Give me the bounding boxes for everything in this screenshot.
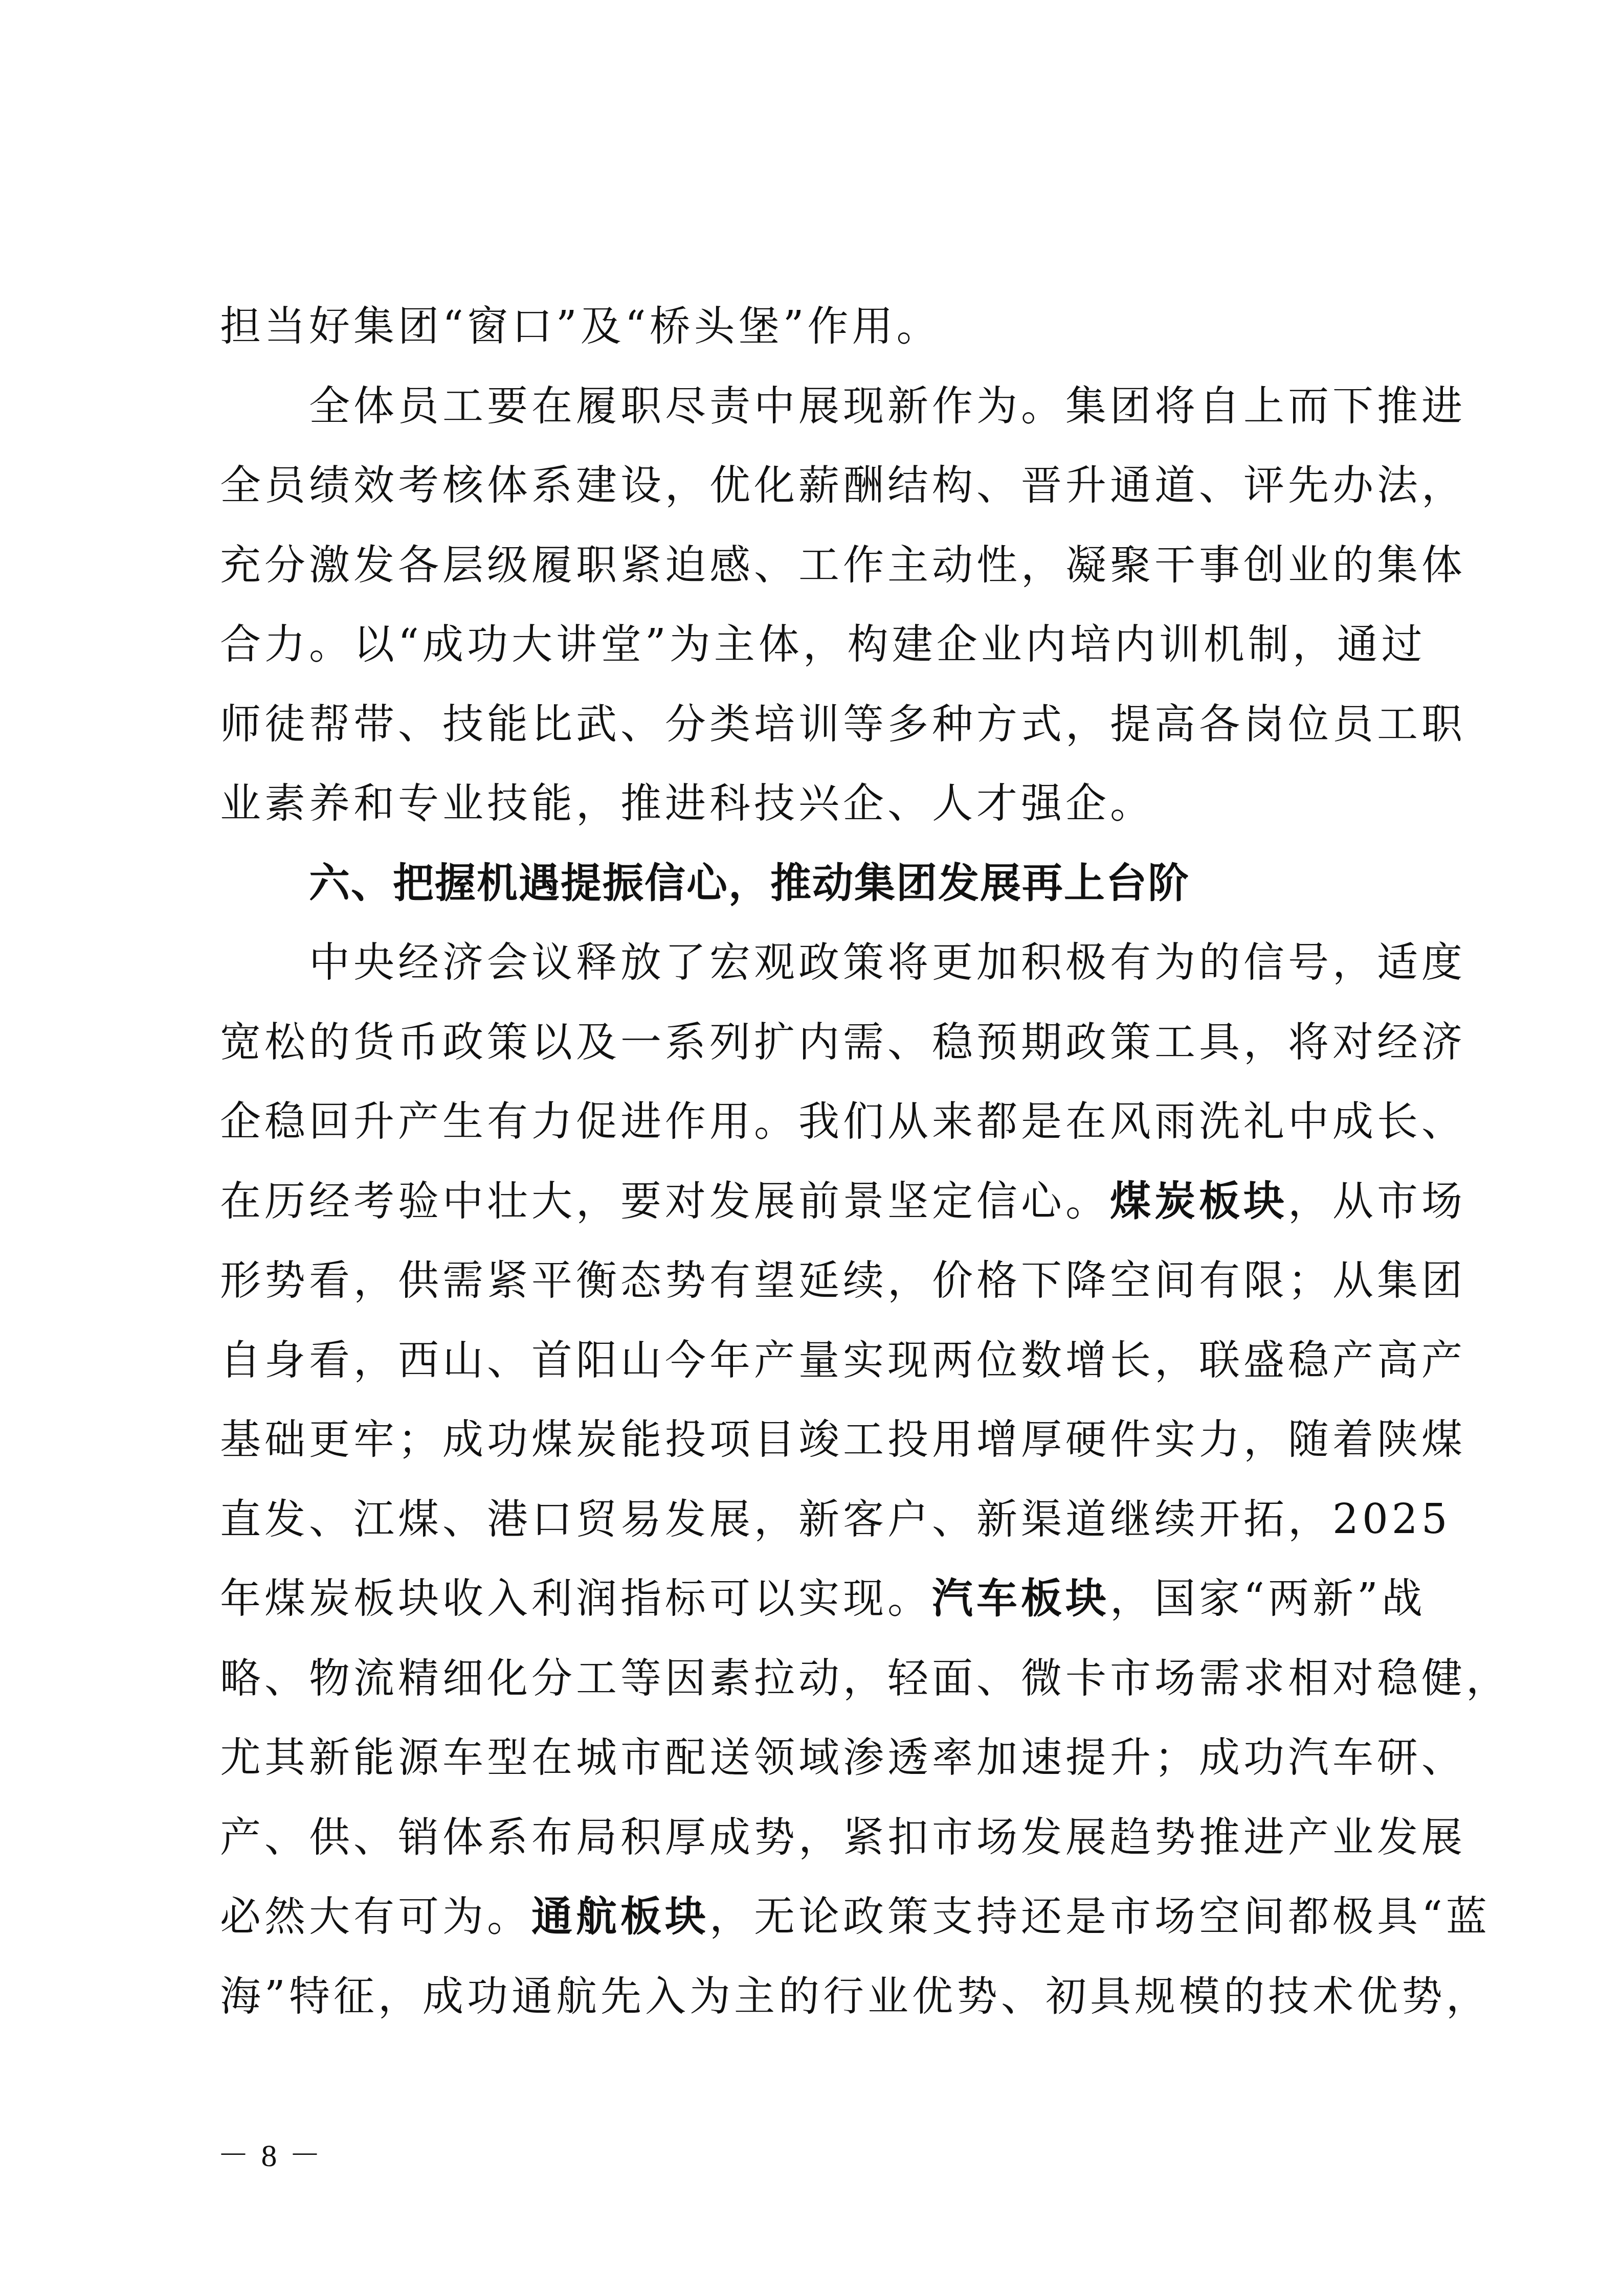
text-span: 基础更牢；成功煤炭能投项目竣工投用增厚硬件实力，随着陕煤 (220, 1415, 1466, 1463)
text-span: 产、供、销体系布局积厚成势，紧扣市场发展趋势推进产业发展 (220, 1813, 1466, 1861)
text-span: ，从市场 (1288, 1177, 1466, 1225)
section-heading: 六、把握机遇提振信心，推动集团发展再上台阶 (220, 843, 1422, 923)
text-span: 集团将自上而下推进 (1065, 382, 1466, 430)
text-span: 直发、江煤、港口贸易发展，新客户、新渠道继续开拓，2025 (220, 1495, 1451, 1543)
text-span: 业素养和专业技能，推进科技兴企、人才强企。 (220, 779, 1154, 827)
text-span: 自身看，西山、首阳山今年产量实现两位数增长，联盛稳产高产 (220, 1336, 1466, 1384)
paragraph-line: 海”特征，成功通航先入为主的行业优势、初具规模的技术优势， (220, 1956, 1422, 2036)
text-span: 合力。以“成功大讲堂”为主体，构建企业内培内训机制，通过 (220, 620, 1426, 668)
text-span: 中央经济会议释放了宏观政策将更加积极有为的信号，适度 (309, 938, 1466, 986)
paragraph-line: 宽松的货币政策以及一系列扩内需、稳预期政策工具，将对经济 (220, 1002, 1422, 1082)
bold-keyword-aviation: 通航板块 (531, 1893, 709, 1940)
text-span: 充分激发各层级履职紧迫感、工作主动性，凝聚干事创业的集体 (220, 541, 1466, 589)
text-span: 师徒帮带、技能比武、分类培训等多种方式，提高各岗位员工职 (220, 700, 1466, 748)
bold-keyword-coal: 煤炭板块 (1110, 1177, 1288, 1225)
paragraph-line: 全员绩效考核体系建设，优化薪酬结构、晋升通道、评先办法， (220, 445, 1422, 525)
text-span: 形势看，供需紧平衡态势有望延续，价格下降空间有限；从集团 (220, 1256, 1466, 1304)
text-span: 年煤炭板块收入利润指标可以实现。 (220, 1574, 932, 1622)
text-span: 略、物流精细化分工等因素拉动，轻面、微卡市场需求相对稳健， (220, 1654, 1510, 1702)
paragraph-line: 产、供、销体系布局积厚成势，紧扣市场发展趋势推进产业发展 (220, 1797, 1422, 1877)
paragraph-line: 自身看，西山、首阳山今年产量实现两位数增长，联盛稳产高产 (220, 1320, 1422, 1400)
text-span: 全员绩效考核体系建设，优化薪酬结构、晋升通道、评先办法， (220, 461, 1466, 509)
paragraph-line: 全体员工要在履职尽责中展现新作为。集团将自上而下推进 (220, 366, 1422, 446)
text-span: 尤其新能源车型在城市配送领域渗透率加速提升；成功汽车研、 (220, 1734, 1466, 1781)
paragraph-line: 师徒帮带、技能比武、分类培训等多种方式，提高各岗位员工职 (220, 684, 1422, 764)
paragraph-line: 略、物流精细化分工等因素拉动，轻面、微卡市场需求相对稳健， (220, 1638, 1422, 1718)
paragraph-line: 充分激发各层级履职紧迫感、工作主动性，凝聚干事创业的集体 (220, 525, 1422, 605)
text-span: ，国家“两新”战 (1110, 1574, 1426, 1622)
paragraph-line: 年煤炭板块收入利润指标可以实现。汽车板块，国家“两新”战 (220, 1559, 1422, 1638)
text-span: 担当好集团“窗口”及“桥头堡”作用。 (220, 302, 941, 350)
paragraph-line: 尤其新能源车型在城市配送领域渗透率加速提升；成功汽车研、 (220, 1718, 1422, 1797)
body-text: 担当好集团“窗口”及“桥头堡”作用。 全体员工要在履职尽责中展现新作为。集团将自… (220, 286, 1422, 2036)
paragraph-line: 业素养和专业技能，推进科技兴企、人才强企。 (220, 763, 1422, 843)
paragraph-line: 直发、江煤、港口贸易发展，新客户、新渠道继续开拓，2025 (220, 1479, 1422, 1559)
paragraph-line: 企稳回升产生有力促进作用。我们从来都是在风雨洗礼中成长、 (220, 1082, 1422, 1161)
paragraph-line: 形势看，供需紧平衡态势有望延续，价格下降空间有限；从集团 (220, 1241, 1422, 1320)
text-span: 宽松的货币政策以及一系列扩内需、稳预期政策工具，将对经济 (220, 1018, 1466, 1066)
paragraph-line: 中央经济会议释放了宏观政策将更加积极有为的信号，适度 (220, 922, 1422, 1002)
page-number: － 8 － (217, 2130, 323, 2175)
document-page: 担当好集团“窗口”及“桥头堡”作用。 全体员工要在履职尽责中展现新作为。集团将自… (0, 0, 1624, 2296)
text-span: 在历经考验中壮大，要对发展前景坚定信心。 (220, 1177, 1110, 1225)
text-span: 海”特征，成功通航先入为主的行业优势、初具规模的技术优势， (220, 1972, 1490, 2020)
bold-keyword-auto: 汽车板块 (932, 1574, 1110, 1622)
text-span: 必然大有可为。 (220, 1893, 531, 1940)
text-span: ，无论政策支持还是市场空间都极具“蓝 (709, 1893, 1490, 1940)
paragraph-line: 担当好集团“窗口”及“桥头堡”作用。 (220, 286, 1422, 366)
text-span: 全体员工要在履职尽责中展现新作为。 (309, 382, 1065, 430)
section-heading-text: 六、把握机遇提振信心，推动集团发展再上台阶 (309, 859, 1190, 907)
paragraph-line: 基础更牢；成功煤炭能投项目竣工投用增厚硬件实力，随着陕煤 (220, 1400, 1422, 1479)
paragraph-line: 在历经考验中壮大，要对发展前景坚定信心。煤炭板块，从市场 (220, 1161, 1422, 1241)
paragraph-line: 合力。以“成功大讲堂”为主体，构建企业内培内训机制，通过 (220, 604, 1422, 684)
paragraph-line: 必然大有可为。通航板块，无论政策支持还是市场空间都极具“蓝 (220, 1877, 1422, 1956)
text-span: 企稳回升产生有力促进作用。我们从来都是在风雨洗礼中成长、 (220, 1097, 1466, 1145)
